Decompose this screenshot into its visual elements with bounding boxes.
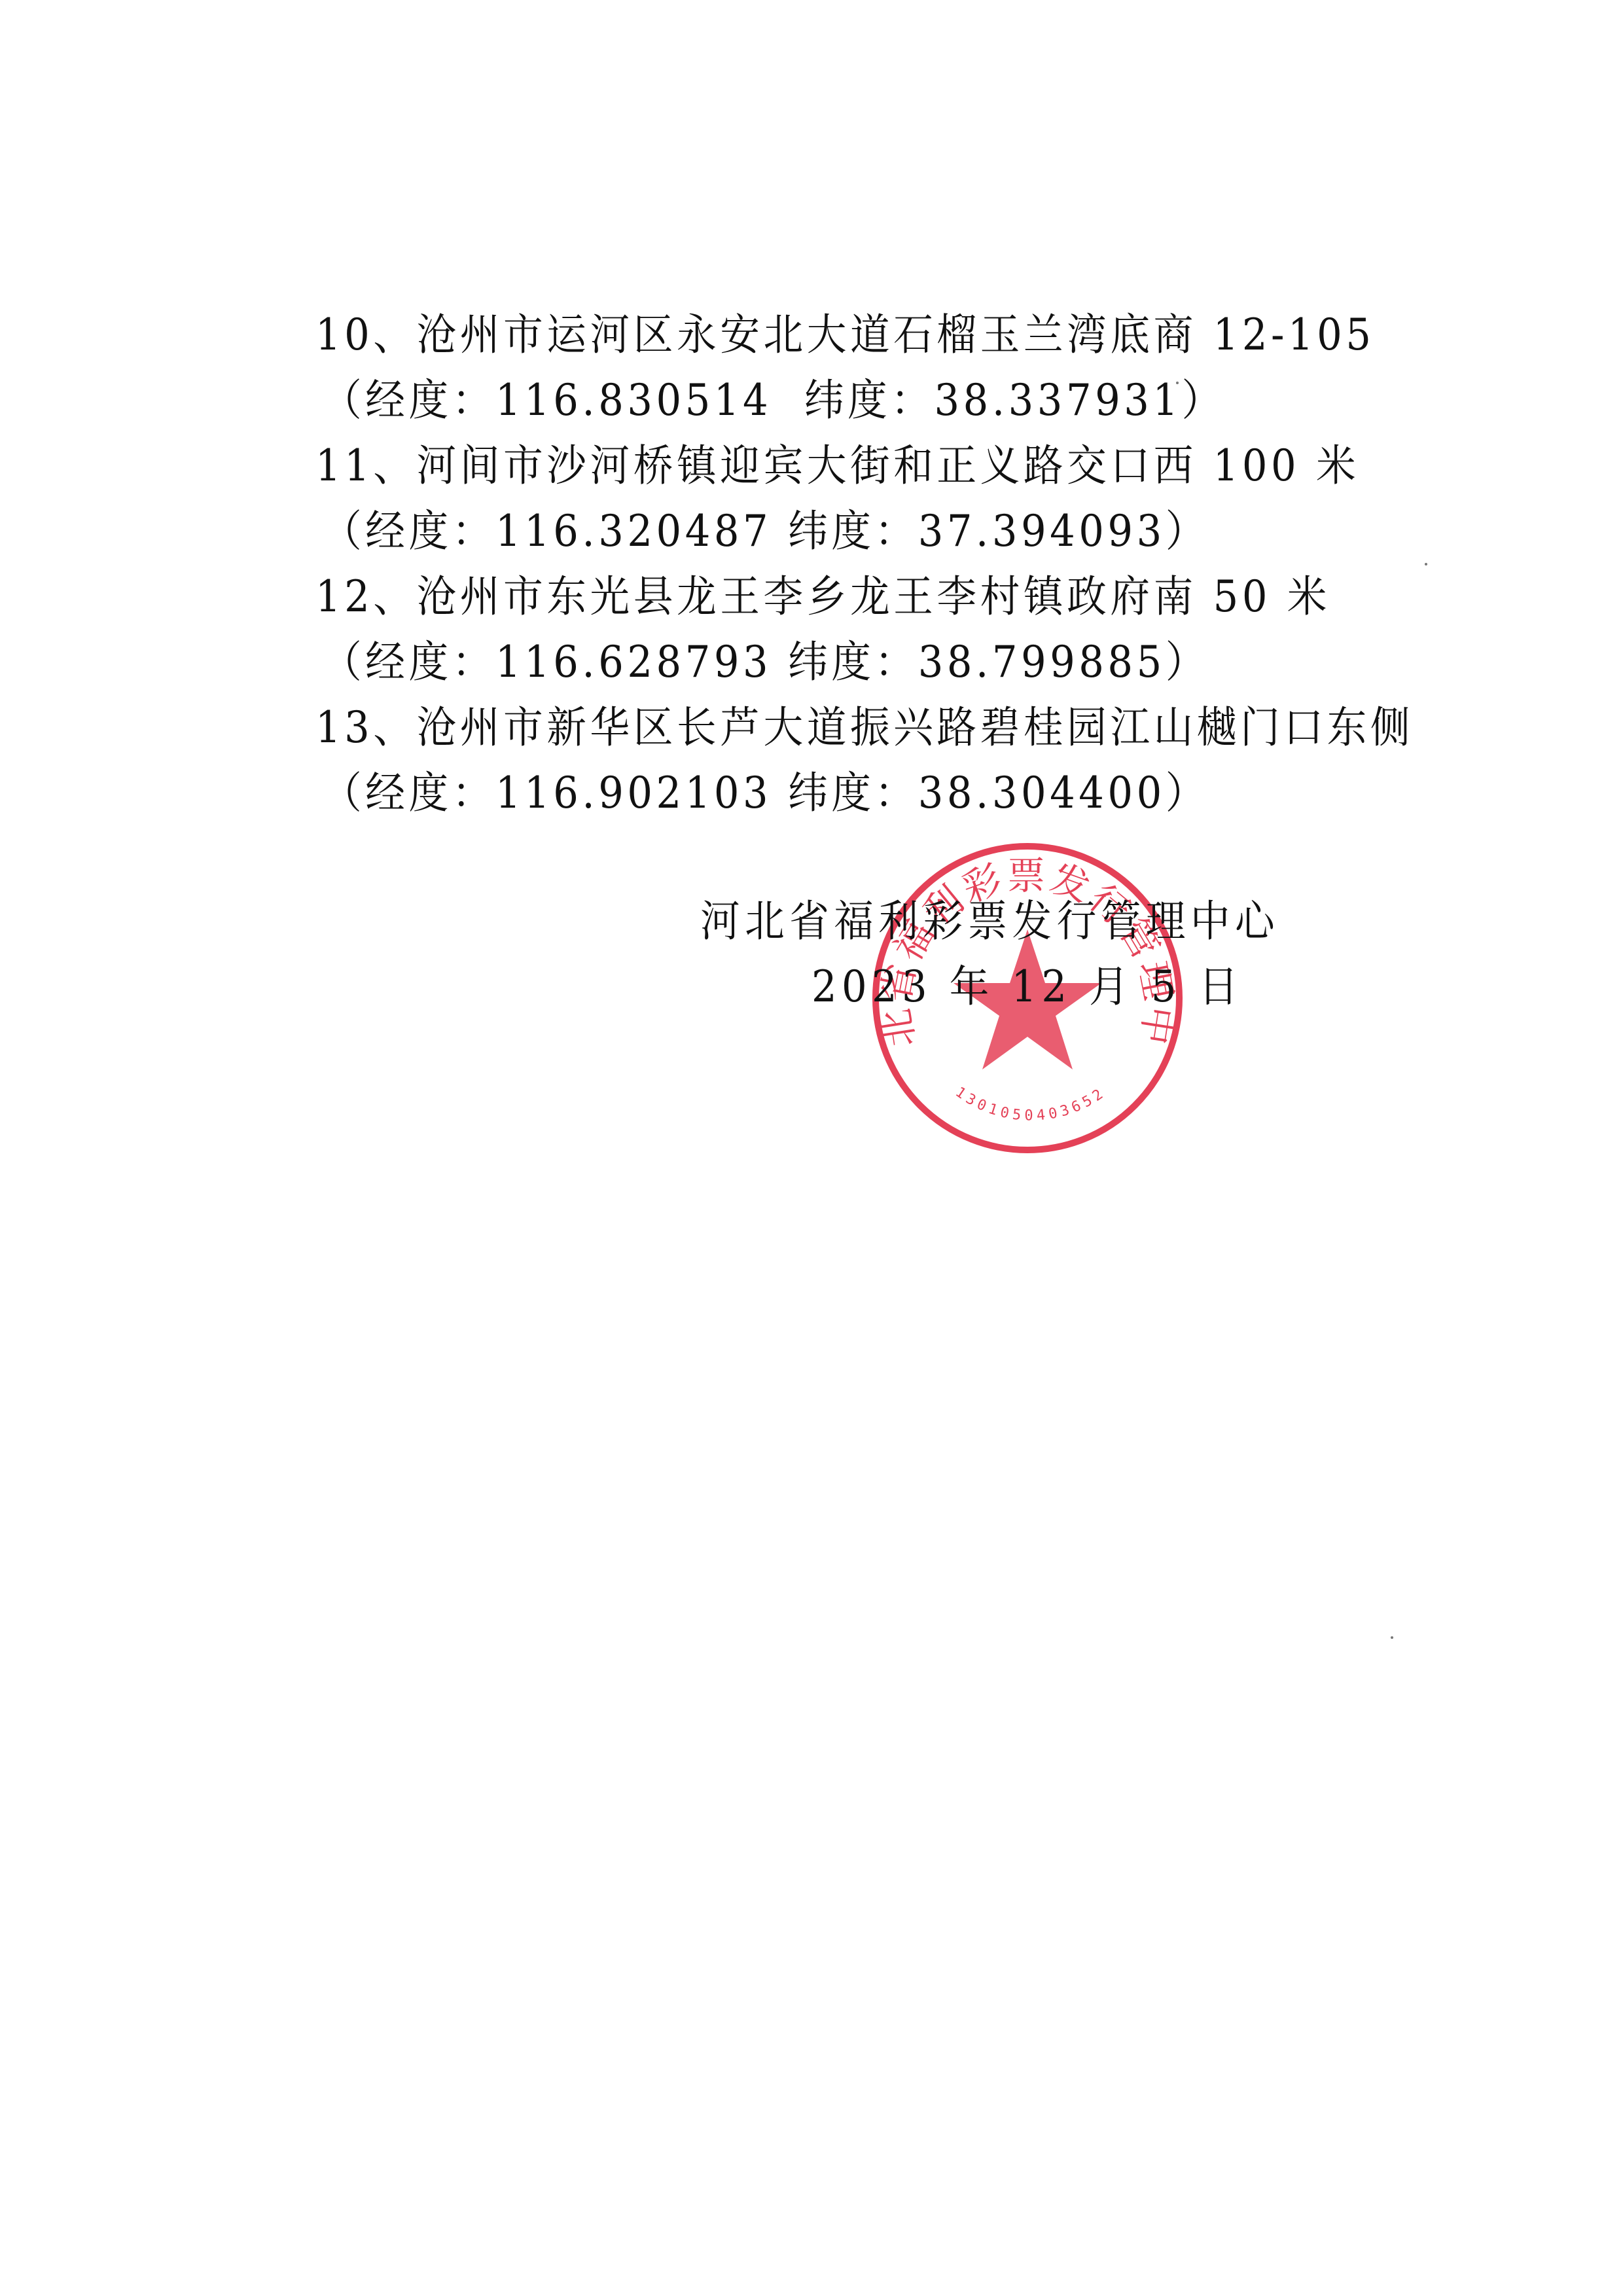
document-page: 10、沧州市运河区永安北大道石榴玉兰湾底商 12-105 （经度：116.830… bbox=[0, 0, 1623, 2296]
entry-12-address: 12、沧州市东光县龙王李乡龙王李村镇政府南 50 米 bbox=[315, 564, 1330, 630]
scan-speck bbox=[1425, 563, 1427, 565]
entry-11-coordinates: （经度：116.320487 纬度：37.394093） bbox=[322, 499, 1209, 564]
entry-10-address: 10、沧州市运河区永安北大道石榴玉兰湾底商 12-105 bbox=[315, 302, 1374, 368]
scan-speck bbox=[1176, 382, 1179, 384]
signature-date: 2023 年 12 月 5 日 bbox=[811, 954, 1243, 1020]
signature-organization: 河北省福利彩票发行管理中心 bbox=[700, 889, 1279, 954]
entry-13-coordinates: （经度：116.902103 纬度：38.304400） bbox=[322, 761, 1209, 826]
entry-10-coordinates: （经度：116.830514 纬度：38.337931） bbox=[322, 368, 1225, 433]
scan-speck bbox=[1391, 1636, 1393, 1639]
entry-13-address: 13、沧州市新华区长芦大道振兴路碧桂园江山樾门口东侧 bbox=[315, 695, 1414, 761]
entry-11-address: 11、河间市沙河桥镇迎宾大街和正义路交口西 100 米 bbox=[315, 433, 1359, 499]
entry-12-coordinates: （经度：116.628793 纬度：38.799885） bbox=[322, 630, 1209, 695]
seal-code: 1301050403652 bbox=[952, 1084, 1109, 1124]
svg-text:1301050403652: 1301050403652 bbox=[952, 1084, 1109, 1124]
